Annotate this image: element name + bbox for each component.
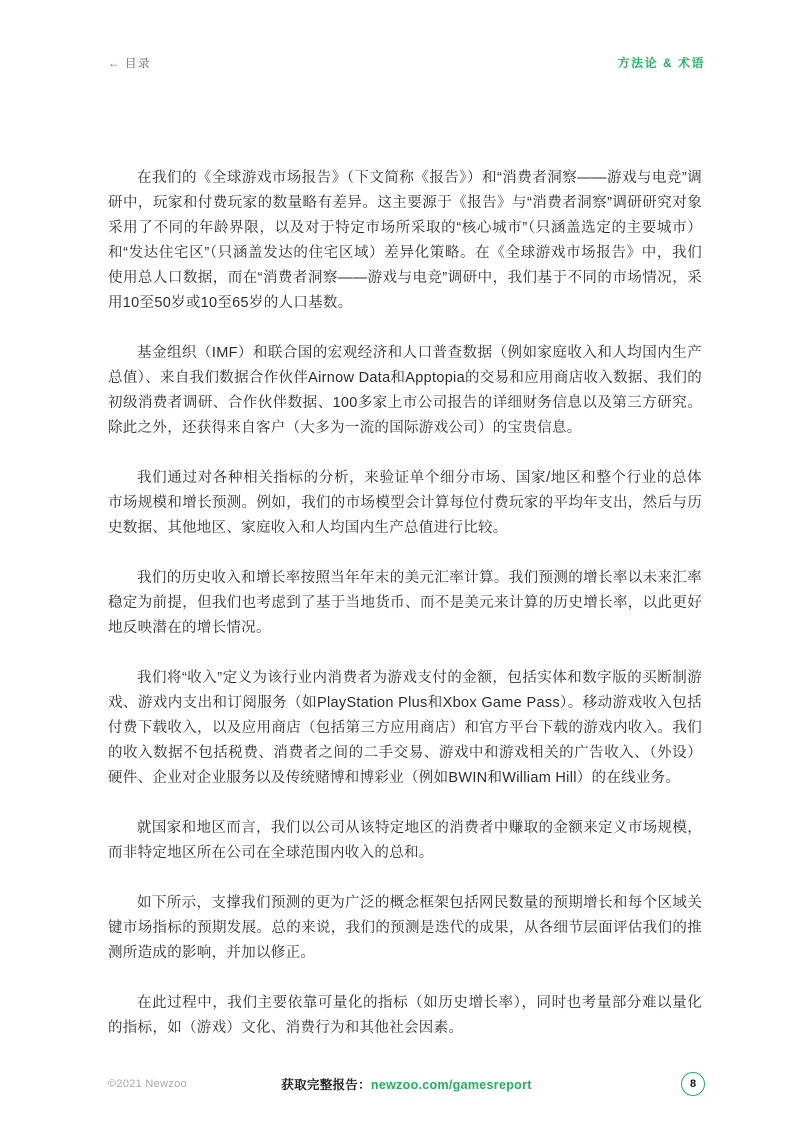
paragraph: 我们将“收入”定义为该行业内消费者为游戏支付的金额，包括实体和数字版的买断制游戏… xyxy=(108,666,702,791)
cta-label: 获取完整报告： xyxy=(281,1078,371,1092)
paragraph: 我们通过对各种相关指标的分析，来验证单个细分市场、国家/地区和整个行业的总体市场… xyxy=(108,466,702,541)
copyright-text: ©2021 Newzoo xyxy=(108,1078,187,1090)
page-number-badge: 8 xyxy=(681,1072,705,1096)
paragraph: 在此过程中，我们主要依靠可量化的指标（如历史增长率），同时也考量部分难以量化的指… xyxy=(108,991,702,1041)
body-text: 在我们的《全球游戏市场报告》（下文简称《报告》）和“消费者洞察——游戏与电竞”调… xyxy=(108,166,702,1066)
page-footer: ©2021 Newzoo 获取完整报告：newzoo.com/gamesrepo… xyxy=(108,1071,705,1097)
paragraph: 如下所示，支撑我们预测的更为广泛的概念框架包括网民数量的预期增长和每个区域关键市… xyxy=(108,891,702,966)
paragraph: 在我们的《全球游戏市场报告》（下文简称《报告》）和“消费者洞察——游戏与电竞”调… xyxy=(108,166,702,316)
page-header: ← 目录 方法论 & 术语 xyxy=(108,54,705,71)
report-url-link[interactable]: newzoo.com/gamesreport xyxy=(371,1078,532,1092)
section-label: 方法论 & 术语 xyxy=(618,54,705,71)
left-arrow-icon: ← xyxy=(108,56,120,70)
report-page: ← 目录 方法论 & 术语 在我们的《全球游戏市场报告》（下文简称《报告》）和“… xyxy=(0,0,793,1122)
report-cta: 获取完整报告：newzoo.com/gamesreport xyxy=(281,1075,531,1093)
paragraph: 基金组织（IMF）和联合国的宏观经济和人口普查数据（例如家庭收入和人均国内生产总… xyxy=(108,341,702,441)
paragraph: 我们的历史收入和增长率按照当年年末的美元汇率计算。我们预测的增长率以未来汇率稳定… xyxy=(108,566,702,641)
back-to-toc-label: 目录 xyxy=(125,55,151,71)
back-to-toc-link[interactable]: ← 目录 xyxy=(108,55,151,71)
paragraph: 就国家和地区而言，我们以公司从该特定地区的消费者中赚取的金额来定义市场规模，而非… xyxy=(108,816,702,866)
